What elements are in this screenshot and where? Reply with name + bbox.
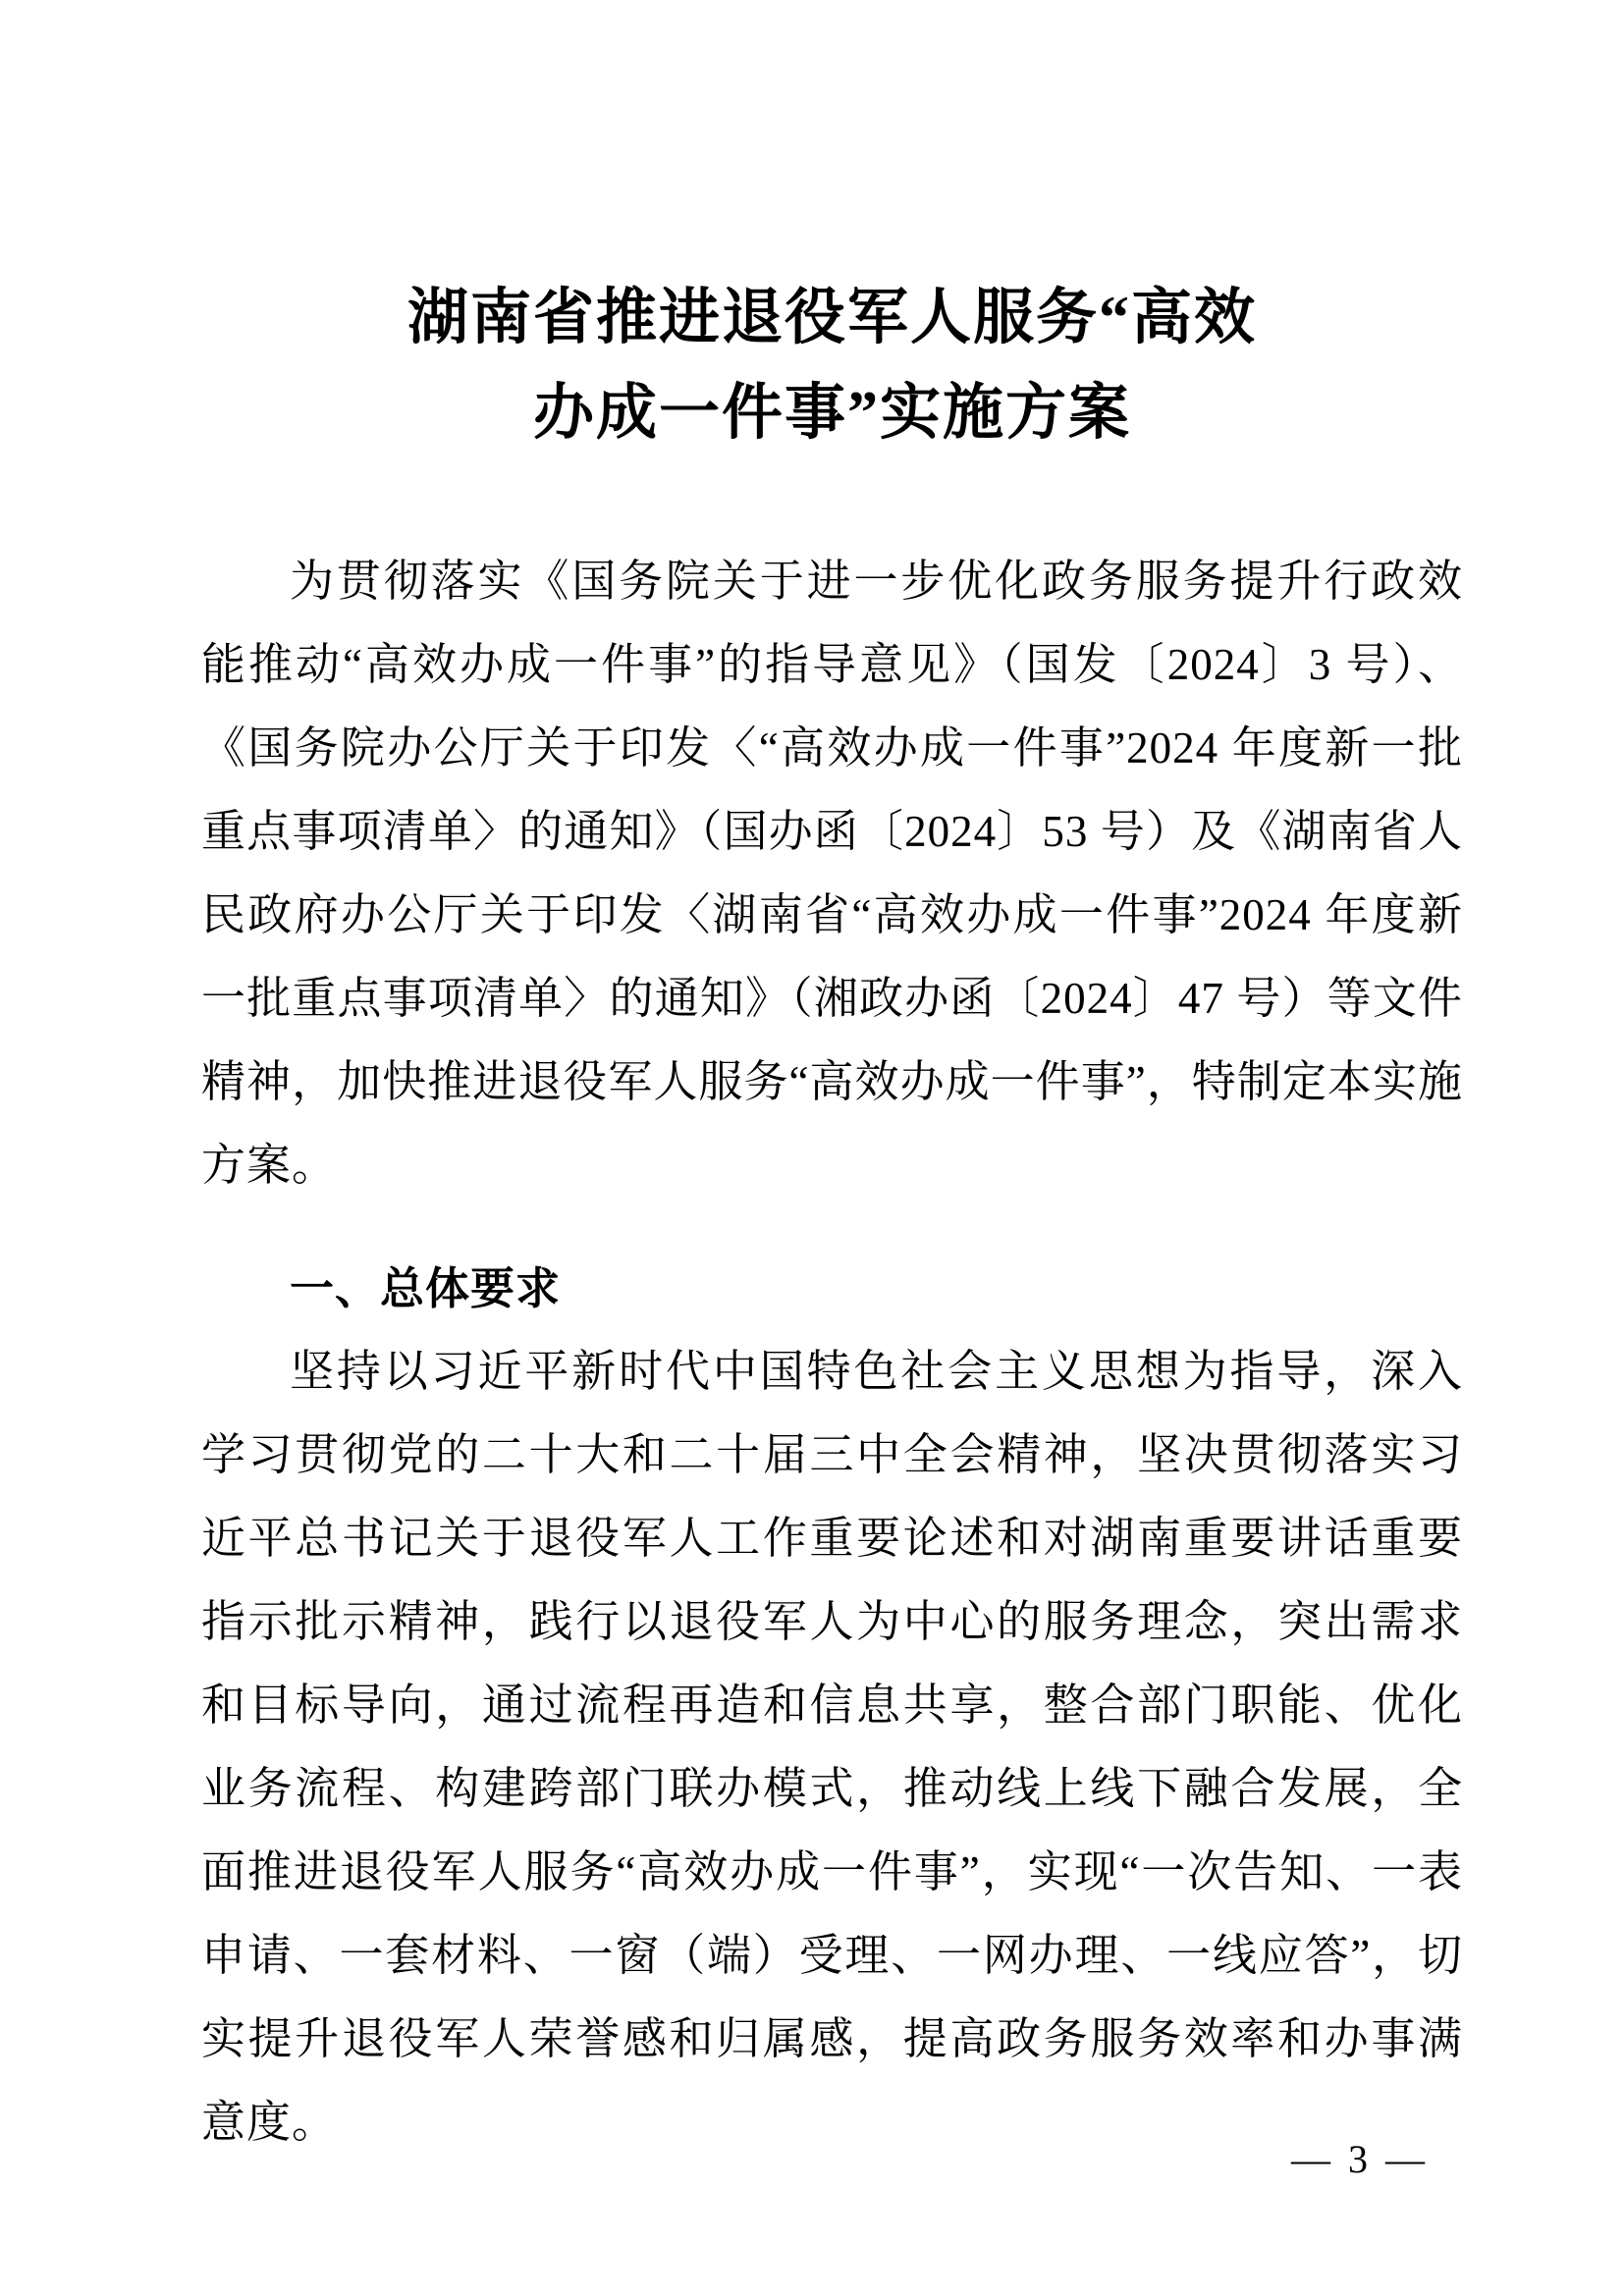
document-title-line-1: 湖南省推进退役军人服务“高效: [201, 271, 1463, 366]
document-content: 湖南省推进退役军人服务“高效 办成一件事”实施方案 为贯彻落实《国务院关于进一步…: [201, 0, 1463, 2164]
document-title: 湖南省推进退役军人服务“高效 办成一件事”实施方案: [201, 271, 1463, 461]
section-heading-overall-requirements: 一、总体要求: [201, 1247, 1463, 1330]
page-number: — 3 —: [1291, 2138, 1429, 2181]
document-page: 湖南省推进退役军人服务“高效 办成一件事”实施方案 为贯彻落实《国务院关于进一步…: [0, 0, 1624, 2296]
paragraph-overall-requirements: 坚持以习近平新时代中国特色社会主义思想为指导，深入学习贯彻党的二十大和二十届三中…: [201, 1330, 1463, 2164]
document-title-line-2: 办成一件事”实施方案: [201, 366, 1463, 461]
paragraph-intro: 为贯彻落实《国务院关于进一步优化政务服务提升行政效能推动“高效办成一件事”的指导…: [201, 540, 1463, 1207]
